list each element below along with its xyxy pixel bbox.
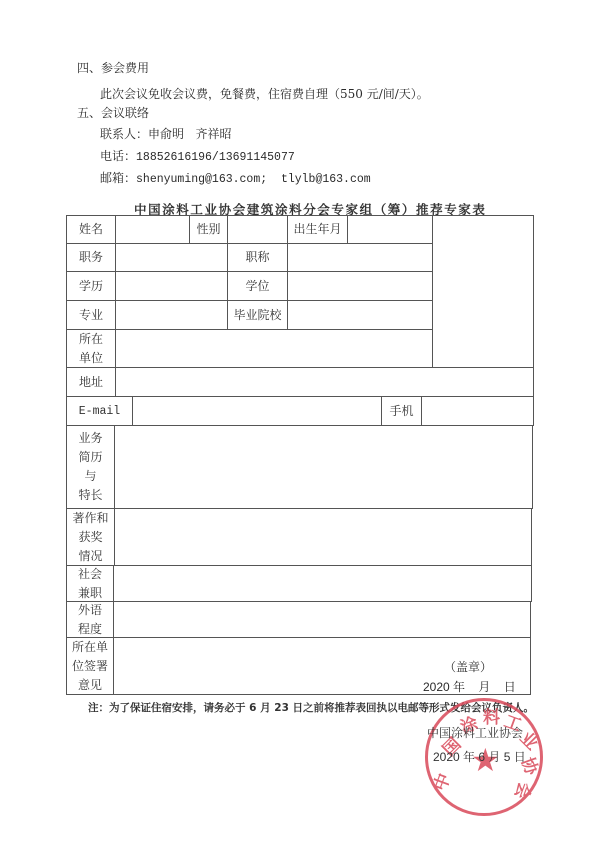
section-5-heading: 五、会议联络 bbox=[77, 106, 149, 120]
label-unit-opinion: 所在单 位签署 意见 bbox=[66, 637, 114, 695]
input-major[interactable] bbox=[115, 300, 228, 330]
input-title[interactable] bbox=[287, 243, 433, 272]
seal-char: 会 bbox=[510, 779, 539, 804]
label-birth: 出生年月 bbox=[287, 215, 348, 244]
label-major: 专业 bbox=[66, 300, 116, 330]
input-employer[interactable] bbox=[115, 329, 433, 368]
input-social[interactable] bbox=[113, 565, 532, 602]
input-mobile[interactable] bbox=[421, 396, 534, 426]
email-value[interactable]: shenyuming@163.com; tlylb@163.com bbox=[136, 173, 371, 186]
signature-org: 中国涂料工业协会 bbox=[427, 724, 523, 741]
email-line: 邮箱：shenyuming@163.com; tlylb@163.com bbox=[100, 171, 371, 187]
label-resume: 业务 简历 与 特长 bbox=[66, 425, 115, 509]
contact-label: 联系人： bbox=[100, 127, 148, 141]
label-title: 职称 bbox=[227, 243, 288, 272]
label-employer-line1: 所在 bbox=[79, 330, 103, 349]
section-4-heading: 四、参会费用 bbox=[77, 61, 149, 75]
label-address: 地址 bbox=[66, 367, 116, 397]
label-language-line2: 程度 bbox=[78, 620, 102, 639]
input-education[interactable] bbox=[115, 271, 228, 301]
label-unit-opinion-line2: 位签署 bbox=[72, 657, 108, 676]
label-resume-line3: 与 bbox=[84, 467, 96, 486]
input-gender[interactable] bbox=[227, 215, 288, 244]
label-gender: 性别 bbox=[189, 215, 228, 244]
label-works-line2: 获奖 bbox=[78, 528, 102, 547]
label-degree: 学位 bbox=[227, 271, 288, 301]
label-works-line1: 著作和 bbox=[72, 509, 108, 528]
label-social-line1: 社会 bbox=[78, 565, 102, 584]
phone-label: 电话： bbox=[100, 149, 136, 163]
email-label: 邮箱： bbox=[100, 171, 136, 185]
label-position: 职务 bbox=[66, 243, 116, 272]
label-resume-line2: 简历 bbox=[78, 448, 102, 467]
input-works[interactable] bbox=[114, 508, 532, 566]
input-position[interactable] bbox=[115, 243, 228, 272]
label-mobile: 手机 bbox=[381, 396, 422, 426]
phone-line: 电话：18852616196/13691145077 bbox=[100, 149, 295, 165]
date-line: 2020 年 月 日 bbox=[423, 680, 516, 694]
label-unit-opinion-line3: 意见 bbox=[78, 676, 102, 695]
contact-names: 申俞明 齐祥昭 bbox=[148, 127, 231, 141]
input-language[interactable] bbox=[113, 601, 531, 638]
label-education: 学历 bbox=[66, 271, 116, 301]
label-email: E-mail bbox=[66, 396, 133, 426]
label-name: 姓名 bbox=[66, 215, 116, 244]
label-works: 著作和 获奖 情况 bbox=[66, 508, 115, 566]
input-school[interactable] bbox=[287, 300, 433, 330]
label-resume-line1: 业务 bbox=[78, 429, 102, 448]
input-name[interactable] bbox=[115, 215, 190, 244]
input-resume[interactable] bbox=[114, 425, 533, 509]
label-resume-line4: 特长 bbox=[78, 486, 102, 505]
input-address[interactable] bbox=[115, 367, 534, 397]
label-school: 毕业院校 bbox=[227, 300, 288, 330]
contact-line: 联系人：申俞明 齐祥昭 bbox=[100, 127, 231, 141]
label-social: 社会 兼职 bbox=[66, 565, 114, 602]
signature-date: 2020 年 6 月 5 日 bbox=[433, 748, 526, 765]
label-employer-line2: 单位 bbox=[79, 349, 103, 368]
stamp-label: （盖章） bbox=[444, 660, 492, 674]
phone-value: 18852616196/13691145077 bbox=[136, 151, 295, 164]
label-employer: 所在 单位 bbox=[66, 329, 116, 368]
label-unit-opinion-line1: 所在单 bbox=[72, 638, 108, 657]
section-4-body: 此次会议免收会议费，免餐费，住宿费自理（550 元/间/天）。 bbox=[100, 87, 429, 101]
input-degree[interactable] bbox=[287, 271, 433, 301]
label-language-line1: 外语 bbox=[78, 601, 102, 620]
photo-cell[interactable] bbox=[432, 215, 534, 368]
input-email[interactable] bbox=[132, 396, 382, 426]
input-birth[interactable] bbox=[347, 215, 433, 244]
label-language: 外语 程度 bbox=[66, 601, 114, 638]
label-works-line3: 情况 bbox=[78, 547, 102, 566]
seal-char: 中 bbox=[426, 769, 455, 794]
